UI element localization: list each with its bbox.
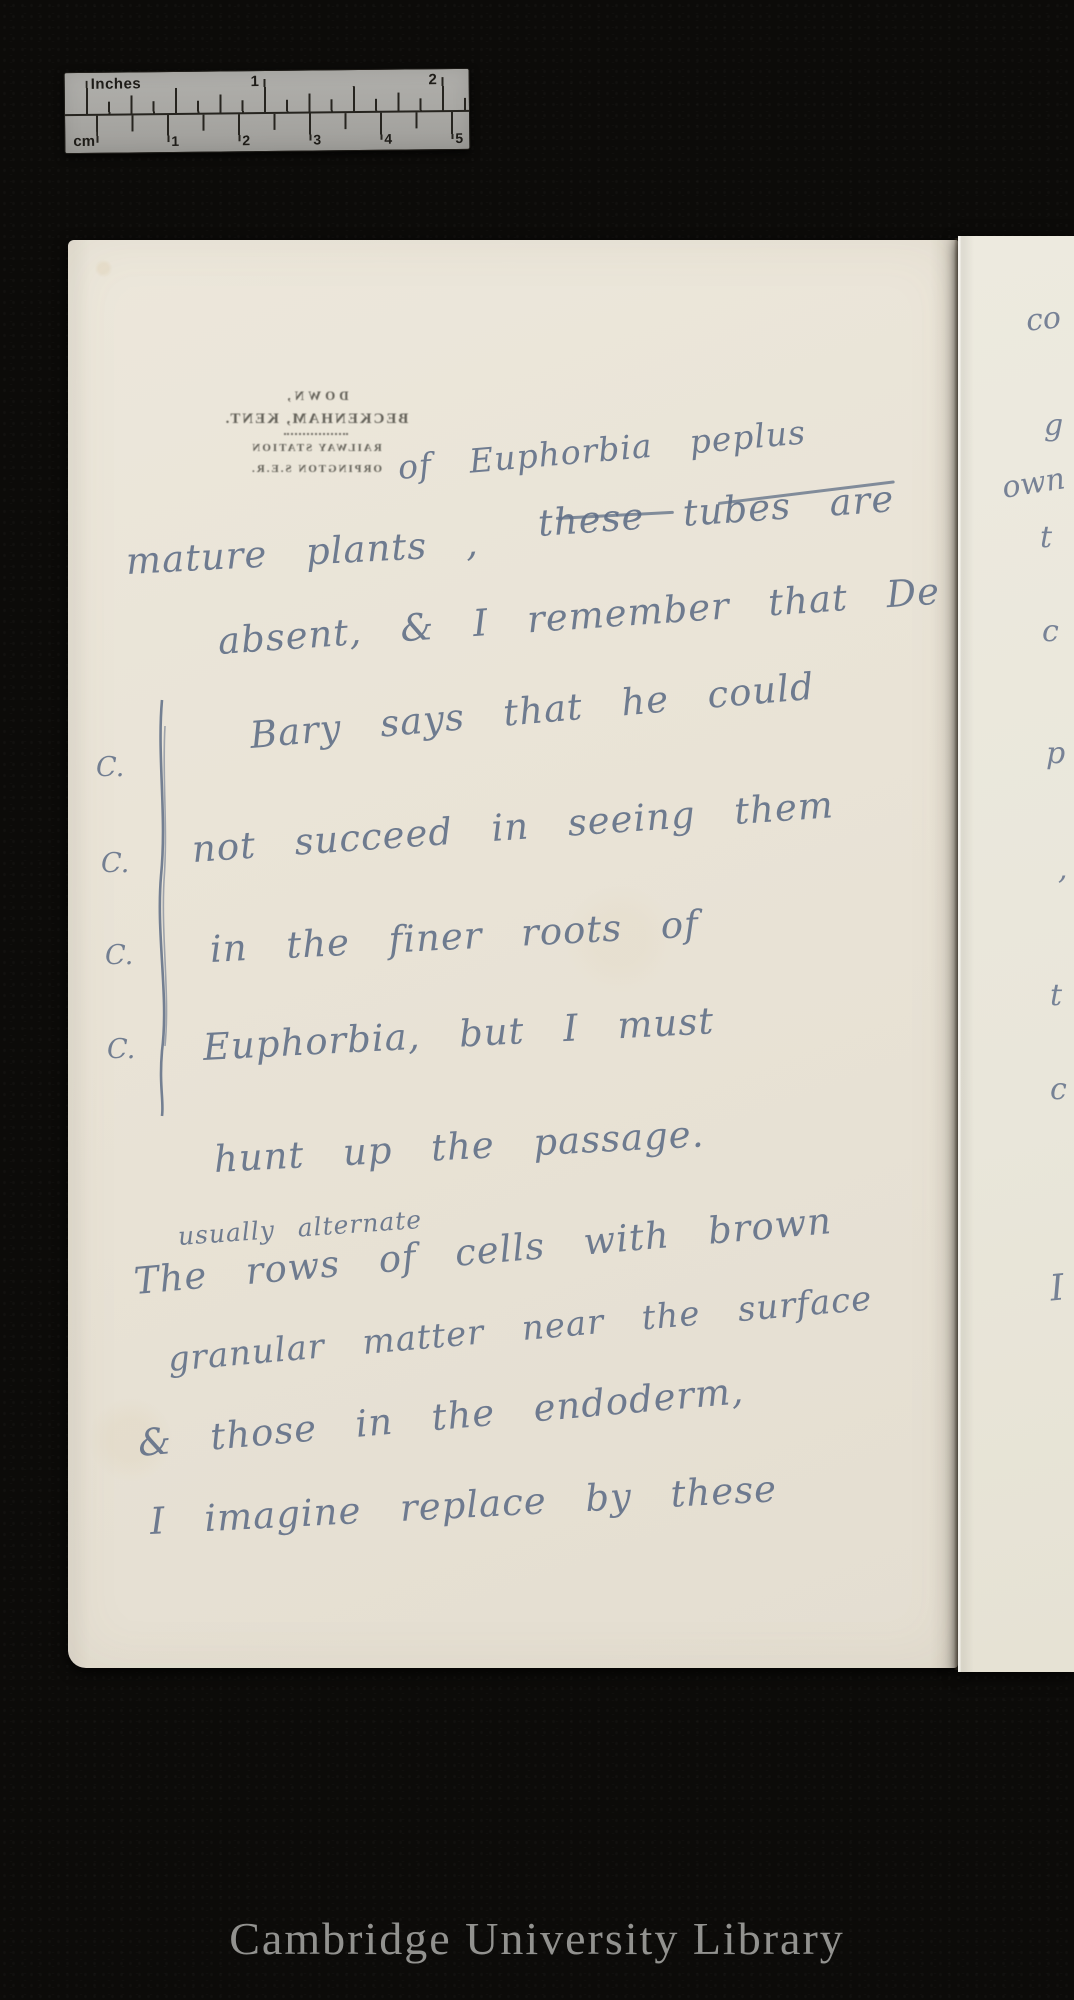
adjacent-page-fragment: p xyxy=(1046,736,1065,771)
ruler-cm-number: 1 xyxy=(171,133,179,149)
margin-bracket-line xyxy=(148,696,178,1120)
library-watermark: Cambridge University Library xyxy=(0,1912,1074,1965)
adjacent-page-fragment: c xyxy=(1050,1072,1067,1107)
ruler-inch-number: 2 xyxy=(423,71,443,88)
ruler-cm-number: 5 xyxy=(455,130,463,146)
manuscript-photo: Inches 1 2 cm 1 2 3 4 5 DOWN, BECKENHAM,… xyxy=(0,0,1074,2000)
ruler-cm-ticks xyxy=(96,112,467,143)
letterhead-dotted-rule xyxy=(284,433,348,435)
adjacent-page-fragment: t xyxy=(1050,978,1062,1013)
margin-mark: C. xyxy=(96,752,124,783)
adjacent-page-fragment: c xyxy=(1042,614,1059,649)
ruler-inches-label: Inches xyxy=(91,75,142,93)
adjacent-page-edge xyxy=(958,236,1074,1672)
adjacent-page-fragment: g xyxy=(1044,408,1063,443)
letterhead-line: BECKENHAM, KENT. xyxy=(186,411,446,428)
letterhead-line: DOWN, xyxy=(186,388,446,404)
ruler-cm-label: cm xyxy=(73,133,95,150)
ruler-cm-number: 4 xyxy=(384,131,392,147)
adjacent-page-fragment: , xyxy=(1058,852,1068,887)
ruler-cm-number: 2 xyxy=(242,132,250,148)
ruler-inch-number: 1 xyxy=(245,73,265,90)
adjacent-page-fragment: t xyxy=(1040,520,1052,555)
measurement-ruler: Inches 1 2 cm 1 2 3 4 5 xyxy=(64,68,471,154)
page-fold-crease xyxy=(954,238,958,1670)
adjacent-page-fragment: co xyxy=(1024,300,1062,338)
ruler-inch-ticks xyxy=(86,77,467,115)
margin-mark: C. xyxy=(101,848,129,879)
margin-mark: C. xyxy=(107,1034,135,1065)
ruler-cm-number: 3 xyxy=(313,131,321,147)
margin-mark: C. xyxy=(105,940,133,971)
